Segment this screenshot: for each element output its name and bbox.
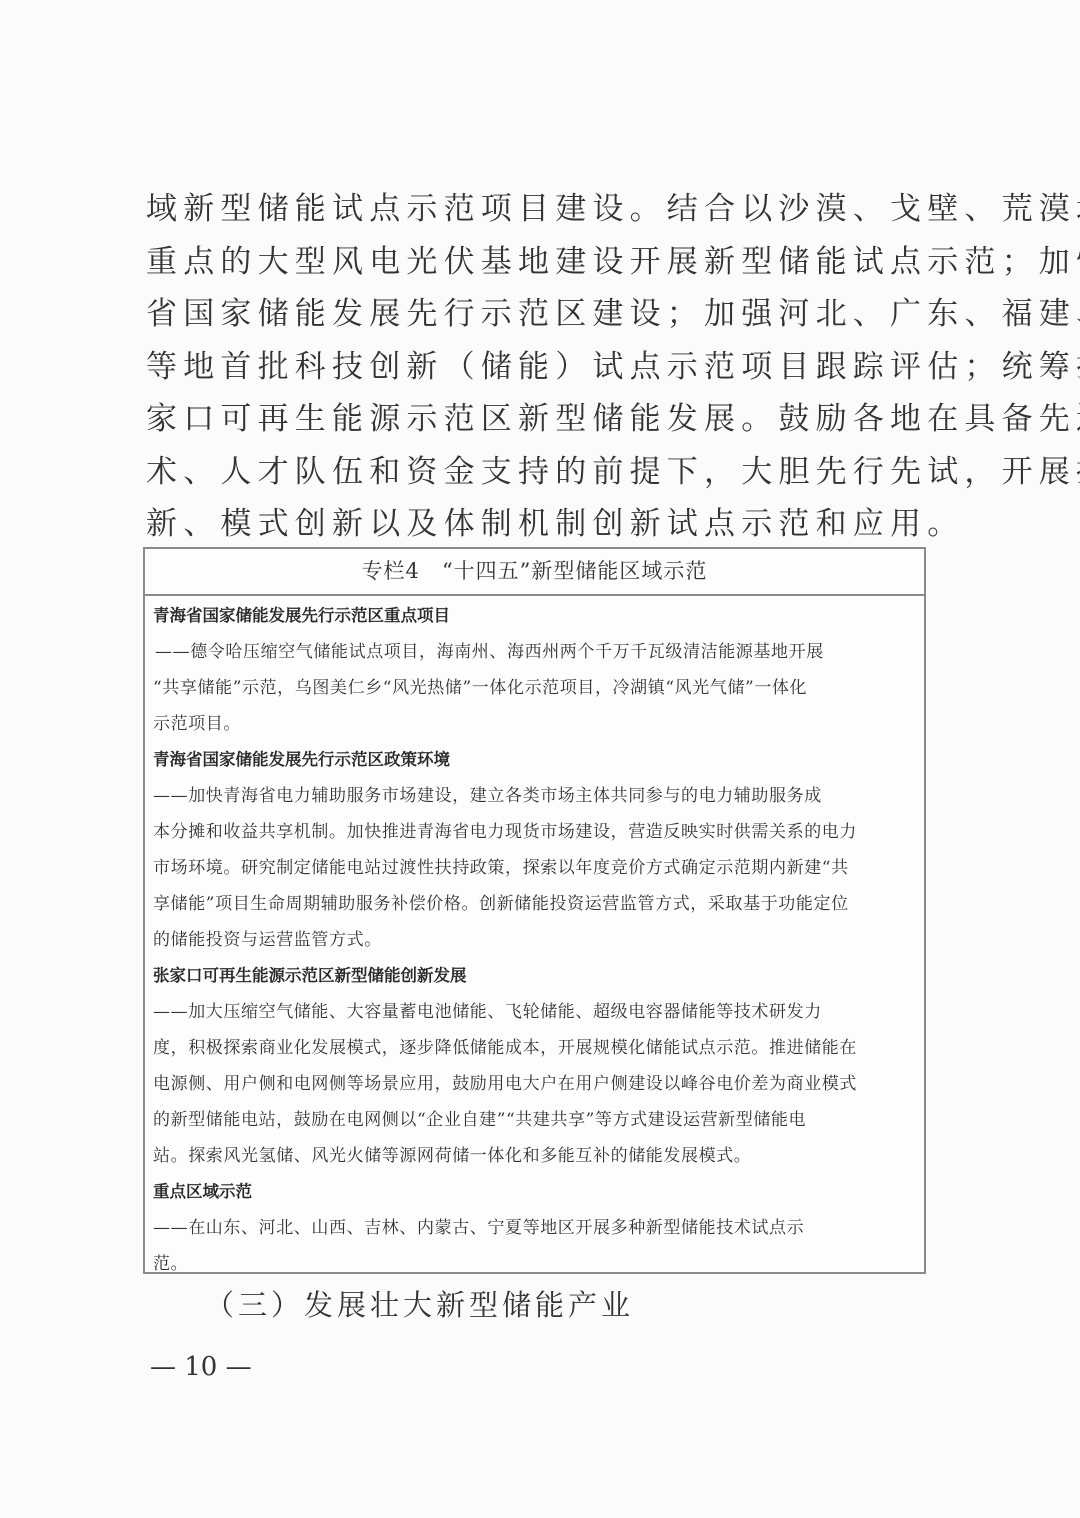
section-line: 站。探索风光氢储、风光火储等源网荷储一体化和多能互补的储能发展模式。 [153,1138,916,1174]
paragraph-line: 术、人才队伍和资金支持的前提下，大胆先行先试，开展技术创 [146,446,928,499]
section-line: ——加大压缩空气储能、大容量蓄电池储能、飞轮储能、超级电容器储能等技术研发力 [153,994,916,1030]
column-box: 专栏4“十四五”新型储能区域示范 青海省国家储能发展先行示范区重点项目 ——德令… [143,547,926,1274]
body-paragraph: 域新型储能试点示范项目建设。结合以沙漠、戈壁、荒漠地区为 重点的大型风电光伏基地… [146,183,928,551]
document-page: 域新型储能试点示范项目建设。结合以沙漠、戈壁、荒漠地区为 重点的大型风电光伏基地… [0,0,1080,1518]
paragraph-line: 域新型储能试点示范项目建设。结合以沙漠、戈壁、荒漠地区为 [146,183,928,236]
section-body: ——加大压缩空气储能、大容量蓄电池储能、飞轮储能、超级电容器储能等技术研发力 度… [153,994,916,1174]
section-line: 范。 [153,1246,916,1282]
section-line: ——在山东、河北、山西、吉林、内蒙古、宁夏等地区开展多种新型储能技术试点示 [153,1210,916,1246]
paragraph-line: 省国家储能发展先行示范区建设；加强河北、广东、福建、江苏 [146,288,928,341]
box-header: 专栏4“十四五”新型储能区域示范 [145,549,924,596]
section-line: ——加快青海省电力辅助服务市场建设，建立各类市场主体共同参与的电力辅助服务成 [153,778,916,814]
section-line: “共享储能”示范，乌图美仁乡“风光热储”一体化示范项目，冷湖镇“风光气储”一体化 [153,670,916,706]
section-subheading: （三）发展壮大新型储能产业 [205,1285,634,1325]
section-line: 示范项目。 [153,706,916,742]
box-label: 专栏4 [362,559,420,583]
section-line: ——德令哈压缩空气储能试点项目，海南州、海西州两个千万千瓦级清洁能源基地开展 [153,634,916,670]
section-body: ——德令哈压缩空气储能试点项目，海南州、海西州两个千万千瓦级清洁能源基地开展 “… [153,634,916,742]
paragraph-line: 等地首批科技创新（储能）试点示范项目跟踪评估；统筹推进张 [146,341,928,394]
page-number: — 10 — [150,1350,252,1384]
section-title: 青海省国家储能发展先行示范区政策环境 [153,742,916,778]
paragraph-line: 重点的大型风电光伏基地建设开展新型储能试点示范；加快青海 [146,236,928,289]
section-line: 本分摊和收益共享机制。加快推进青海省电力现货市场建设，营造反映实时供需关系的电力 [153,814,916,850]
section-line: 市场环境。研究制定储能电站过渡性扶持政策，探索以年度竞价方式确定示范期内新建“共 [153,850,916,886]
paragraph-line: 家口可再生能源示范区新型储能发展。鼓励各地在具备先进技 [146,393,928,446]
section-body: ——在山东、河北、山西、吉林、内蒙古、宁夏等地区开展多种新型储能技术试点示 范。 [153,1210,916,1282]
box-title: “十四五”新型储能区域示范 [442,559,707,583]
section-line: 享储能”项目生命周期辅助服务补偿价格。创新储能投资运营监管方式，采取基于功能定位 [153,886,916,922]
box-content: 青海省国家储能发展先行示范区重点项目 ——德令哈压缩空气储能试点项目，海南州、海… [145,596,924,1282]
section-title: 张家口可再生能源示范区新型储能创新发展 [153,958,916,994]
section-line: 度，积极探索商业化发展模式，逐步降低储能成本，开展规模化储能试点示范。推进储能在 [153,1030,916,1066]
paragraph-line: 新、模式创新以及体制机制创新试点示范和应用。 [146,498,928,551]
section-title: 重点区域示范 [153,1174,916,1210]
section-body: ——加快青海省电力辅助服务市场建设，建立各类市场主体共同参与的电力辅助服务成 本… [153,778,916,958]
section-line: 的新型储能电站，鼓励在电网侧以“企业自建”“共建共享”等方式建设运营新型储能电 [153,1102,916,1138]
section-line: 的储能投资与运营监管方式。 [153,922,916,958]
section-title: 青海省国家储能发展先行示范区重点项目 [153,598,916,634]
section-line: 电源侧、用户侧和电网侧等场景应用，鼓励用电大户在用户侧建设以峰谷电价差为商业模式 [153,1066,916,1102]
